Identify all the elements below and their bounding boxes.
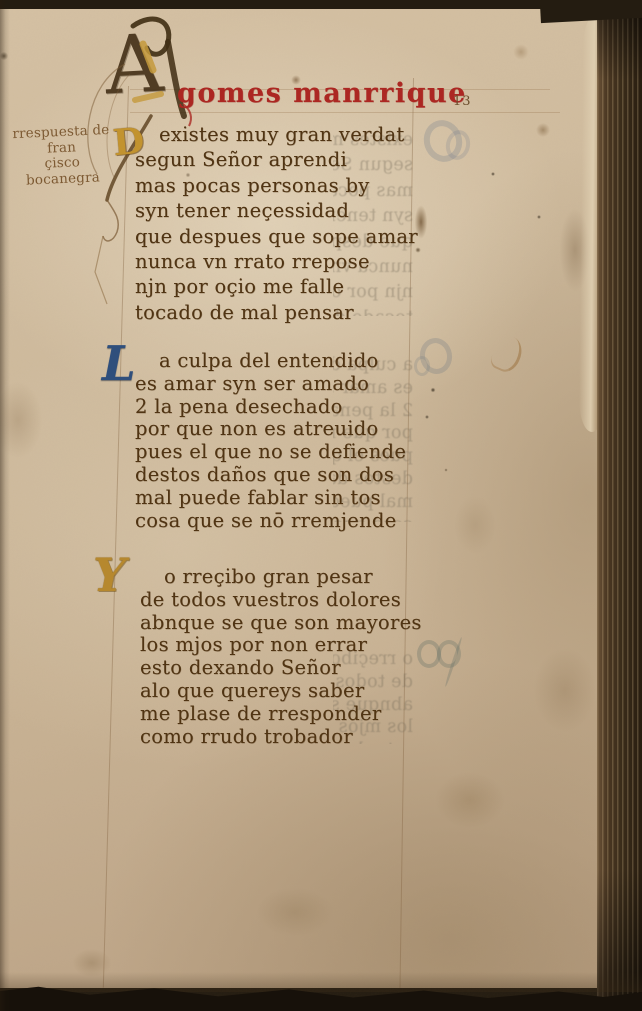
text-line: a culpa del entendido: [135, 350, 427, 373]
left-edge-shadow: [0, 0, 10, 1011]
text-line: njn por oçio me falle: [135, 274, 427, 299]
bottom-edge-shading: [0, 972, 642, 992]
text-line: es amar syn ser amado: [135, 373, 427, 396]
text-line: mas pocas personas by: [135, 173, 427, 198]
text-line: tocado de mal pensar: [135, 300, 427, 325]
stanza-2: a culpa del entendidoes amar syn ser ama…: [135, 350, 427, 532]
text-line: alo que quereys saber: [140, 680, 432, 703]
text-line: como rrudo trobador: [140, 726, 432, 749]
rubric-heading: gomes manrrique: [177, 78, 467, 109]
text-line: los mjos por non errar: [140, 634, 432, 657]
text-line: abnque se que son mayores: [140, 612, 432, 635]
text-line: 2 la pena desechado: [135, 396, 427, 419]
text-line: o rreçibo gran pesar: [140, 566, 432, 589]
text-line: segun Señor aprendi: [135, 147, 427, 172]
folio-number: 13: [453, 94, 472, 109]
text-line: nunca vn rrato rrepose: [135, 249, 427, 274]
text-line: cosa que se nō rremjende: [135, 510, 427, 533]
stanza-initial-L: L: [102, 336, 136, 392]
book-fore-edge-page-stack: [597, 0, 642, 1011]
text-line: destos daños que son dos: [135, 464, 427, 487]
text-line: me plase de rresponder: [140, 703, 432, 726]
text-line: que despues que sope amar: [135, 224, 427, 249]
text-line: existes muy gran verdat: [135, 122, 427, 147]
text-line: çisco bocanegra: [6, 154, 119, 190]
stanza-3: o rreçibo gran pesarde todos vuestros do…: [140, 566, 432, 748]
stanza-1: existes muy gran verdatsegun Señor apren…: [135, 122, 427, 325]
stanza-initial-Y: Y: [93, 548, 126, 602]
text-line: por que non es atreuido: [135, 418, 427, 441]
text-line: de todos vuestros dolores: [140, 589, 432, 612]
text-line: esto dexando Señor: [140, 657, 432, 680]
text-line: pues el que no se defiende: [135, 441, 427, 464]
manuscript-page-photo: existes muy gran verdatsegun Señor apren…: [0, 0, 642, 1011]
text-line: mal puede fablar sin tos: [135, 487, 427, 510]
text-line: rrespuesta de fran: [5, 123, 118, 159]
marginal-note: rrespuesta de françisco bocanegra: [5, 123, 120, 190]
text-line: syn tener neçessidad: [135, 198, 427, 223]
